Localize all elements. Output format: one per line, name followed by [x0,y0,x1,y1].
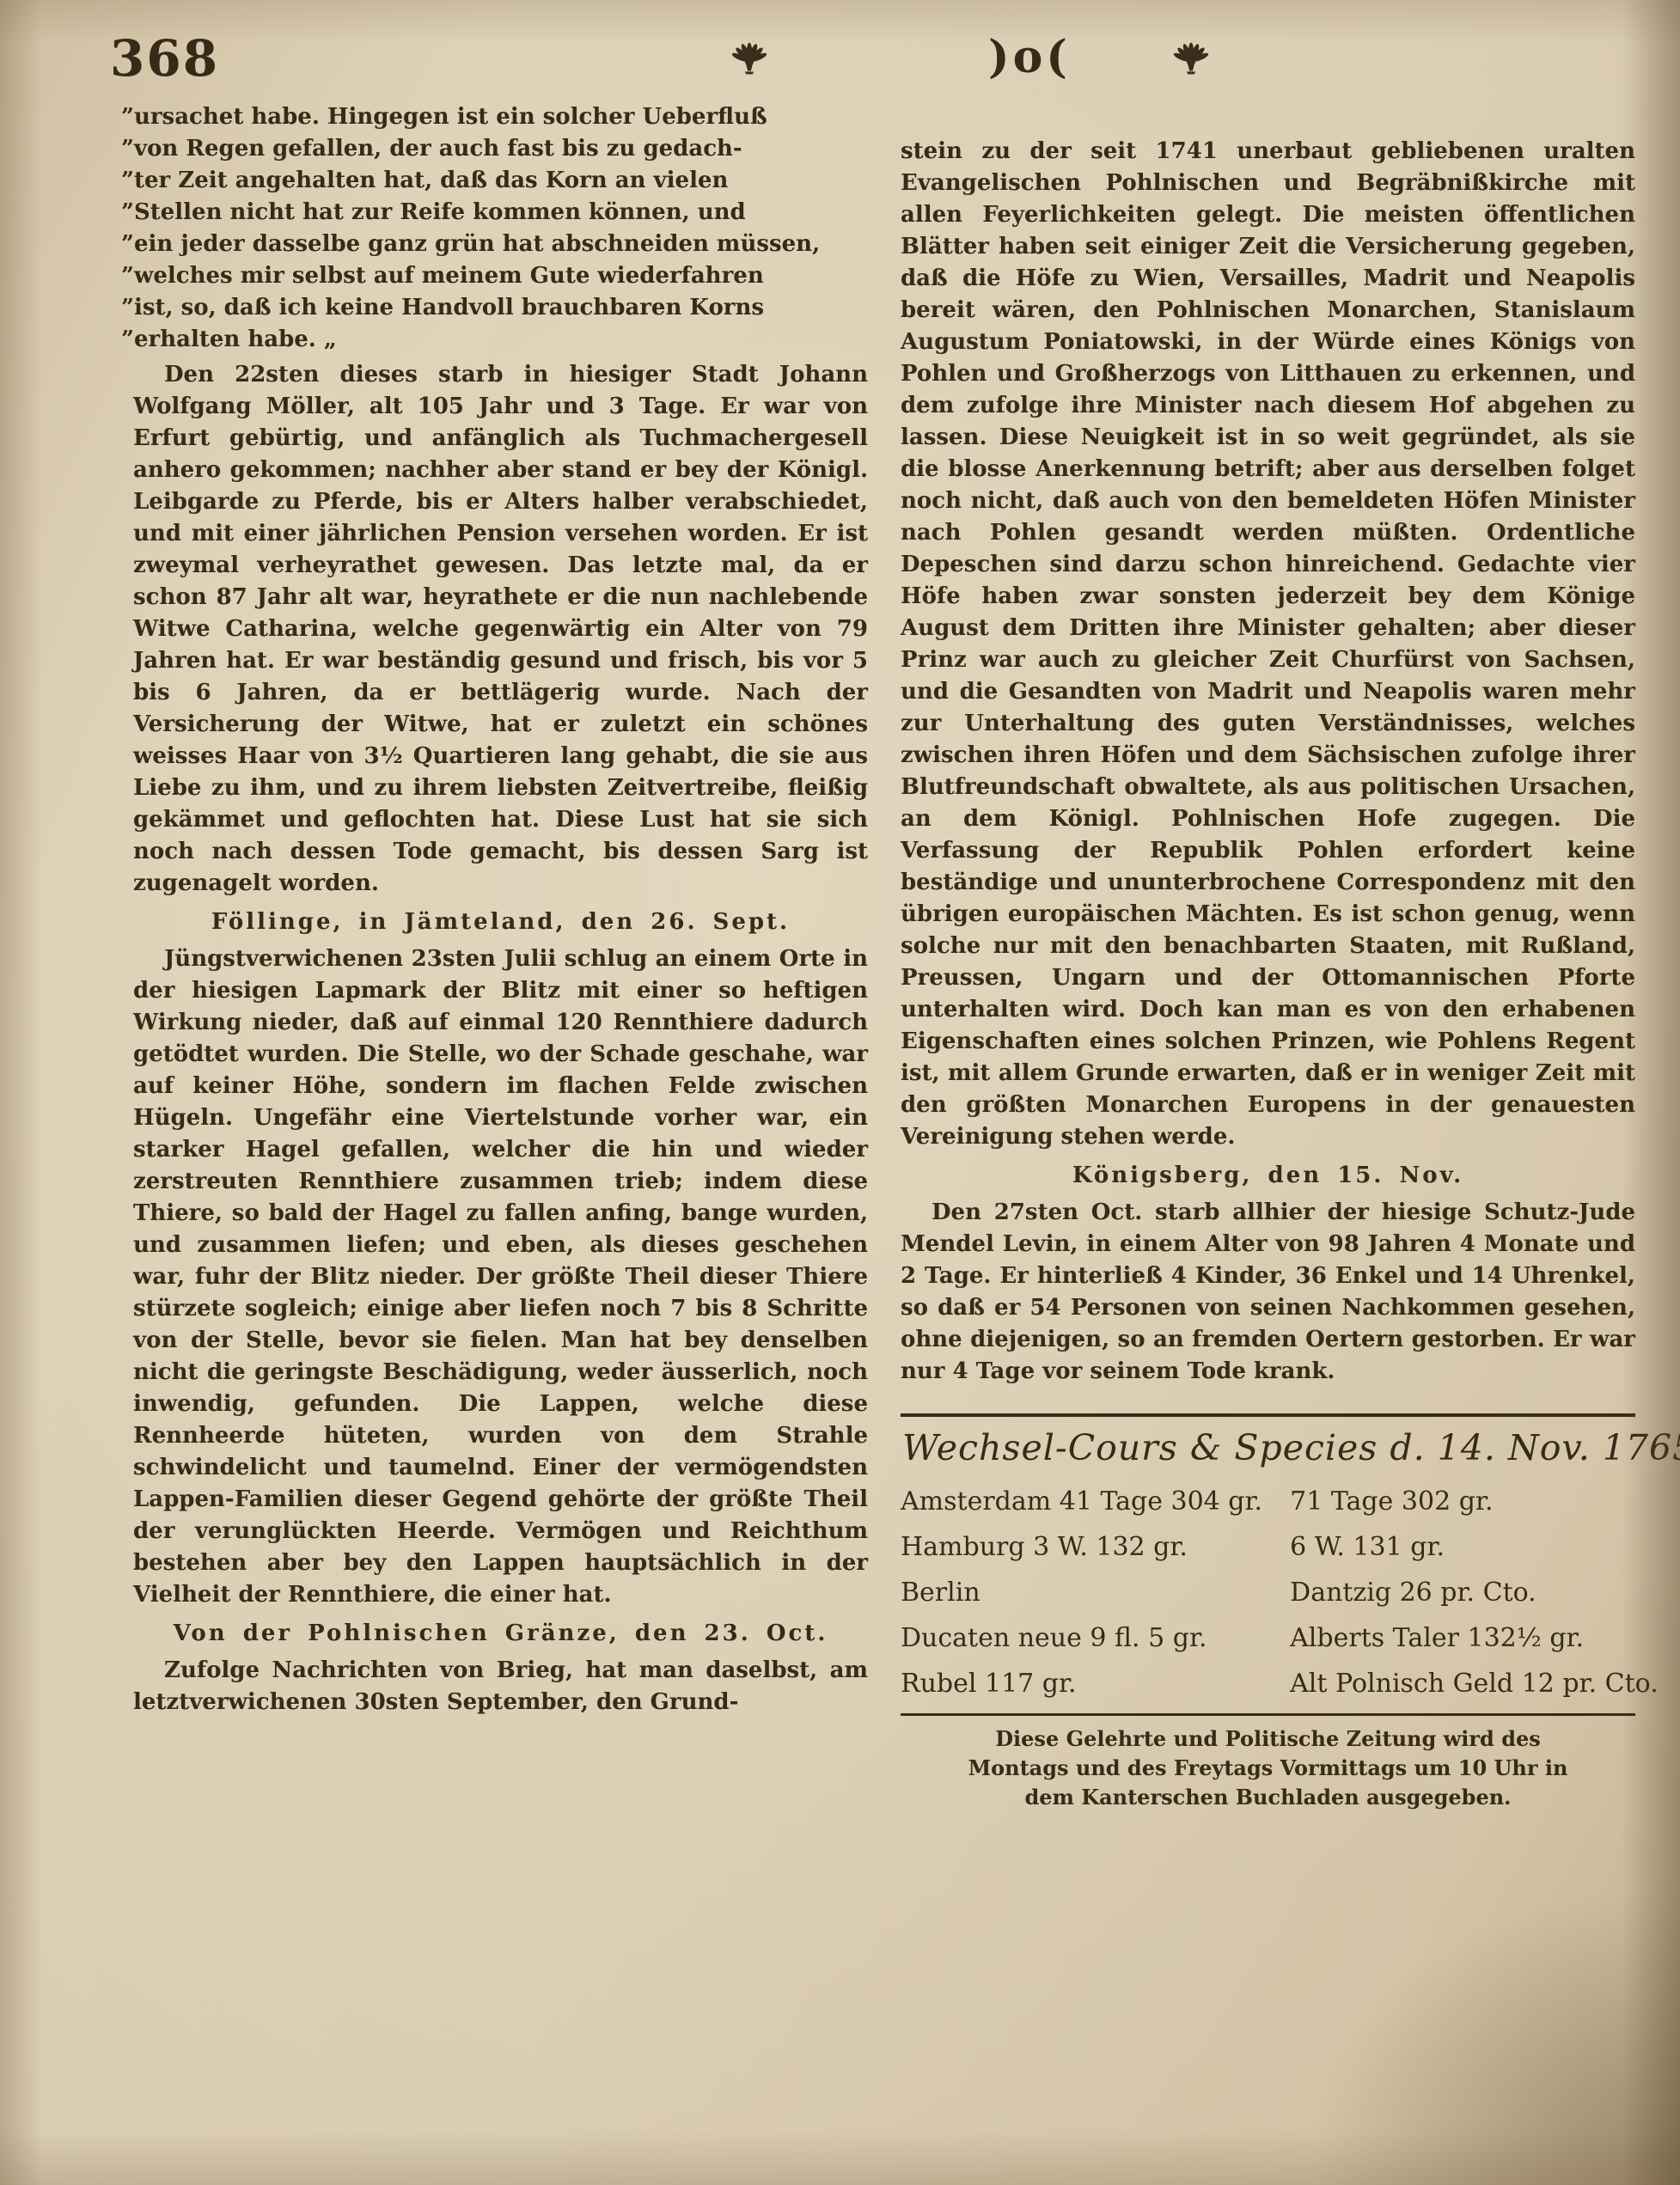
graenze-paragraph: Zufolge Nachrichten von Brieg, hat man d… [133,1655,868,1718]
quote-line: ”ursachet habe. Hingegen ist ein solcher… [121,101,868,133]
gathering-mark-glyph: )o( [988,31,1071,83]
exchange-row: Berlin Dantzig 26 pr. Cto. [901,1577,1635,1608]
exchange-cell: Alt Polnisch Geld 12 pr. Cto. [1290,1668,1635,1700]
quoted-letter-passage: ”ursachet habe. Hingegen ist ein solcher… [133,101,868,356]
gathering-mark: )o( [988,31,1071,83]
exchange-cell: Ducaten neue 9 fl. 5 gr. [901,1622,1290,1654]
quote-line: ”ter Zeit angehalten hat, daß das Korn a… [121,165,868,197]
exchange-section-title: Wechsel-Cours & Species d. 14. Nov. 1765… [902,1422,1635,1474]
quote-line: ”erhalten habe. „ [121,324,868,356]
exchange-cell: Berlin [901,1577,1290,1608]
exchange-row: Hamburg 3 W. 132 gr. 6 W. 131 gr. [901,1531,1635,1563]
quote-line: ”ein jeder dasselbe ganz grün hat abschn… [121,229,868,260]
exchange-cell: Amsterdam 41 Tage 304 gr. [901,1486,1290,1517]
groundstone-politics-paragraph: stein zu der seit 1741 unerbaut gebliebe… [901,136,1635,1153]
right-column: stein zu der seit 1741 unerbaut gebliebe… [901,101,1635,1812]
shell-ornament-icon [1170,38,1212,81]
exchange-rate-table: Amsterdam 41 Tage 304 gr. 71 Tage 302 gr… [901,1486,1635,1700]
exchange-cell: Hamburg 3 W. 132 gr. [901,1531,1290,1563]
quote-line: ”welches mir selbst auf meinem Gute wied… [121,260,868,292]
foellinge-lightning-paragraph: Jüngstverwichenen 23sten Julii schlug an… [133,943,868,1611]
dateline-koenigsberg: Königsberg, den 15. Nov. [901,1160,1635,1192]
left-column: ”ursachet habe. Hingegen ist ein solcher… [133,101,868,1720]
dateline-pohlnische-graenze: Von der Pohlnischen Gränze, den 23. Oct. [133,1618,868,1650]
obituary-moeller-paragraph: Den 22sten dieses starb in hiesiger Stad… [133,359,868,900]
quote-line: ”Stellen nicht hat zur Reife kommen könn… [121,197,868,229]
quote-line: ”von Regen gefallen, der auch fast bis z… [121,133,868,165]
quote-line: ”ist, so, daß ich keine Handvoll brauchb… [121,292,868,324]
exchange-cell: 6 W. 131 gr. [1290,1531,1635,1563]
page-number: 368 [110,29,219,88]
exchange-cell: Rubel 117 gr. [901,1668,1290,1700]
exchange-row: Amsterdam 41 Tage 304 gr. 71 Tage 302 gr… [901,1486,1635,1517]
dateline-foellinge: Föllinge, in Jämteland, den 26. Sept. [133,906,868,938]
divider-rule-top [901,1413,1635,1417]
newspaper-page: 368 )o( [0,0,1680,2185]
text-columns: ”ursachet habe. Hingegen ist ein solcher… [133,101,1635,1812]
exchange-cell: Alberts Taler 132½ gr. [1290,1622,1635,1654]
exchange-row: Ducaten neue 9 fl. 5 gr. Alberts Taler 1… [901,1622,1635,1654]
shell-ornament-icon [729,38,770,81]
divider-rule-bottom [901,1713,1635,1716]
exchange-cell: Dantzig 26 pr. Cto. [1290,1577,1635,1608]
exchange-cell: 71 Tage 302 gr. [1290,1486,1635,1517]
exchange-row: Rubel 117 gr. Alt Polnisch Geld 12 pr. C… [901,1668,1635,1700]
imprint-footer: Diese Gelehrte und Politische Zeitung wi… [968,1724,1569,1812]
koenigsberg-obituary-paragraph: Den 27sten Oct. starb allhier der hiesig… [901,1197,1635,1388]
